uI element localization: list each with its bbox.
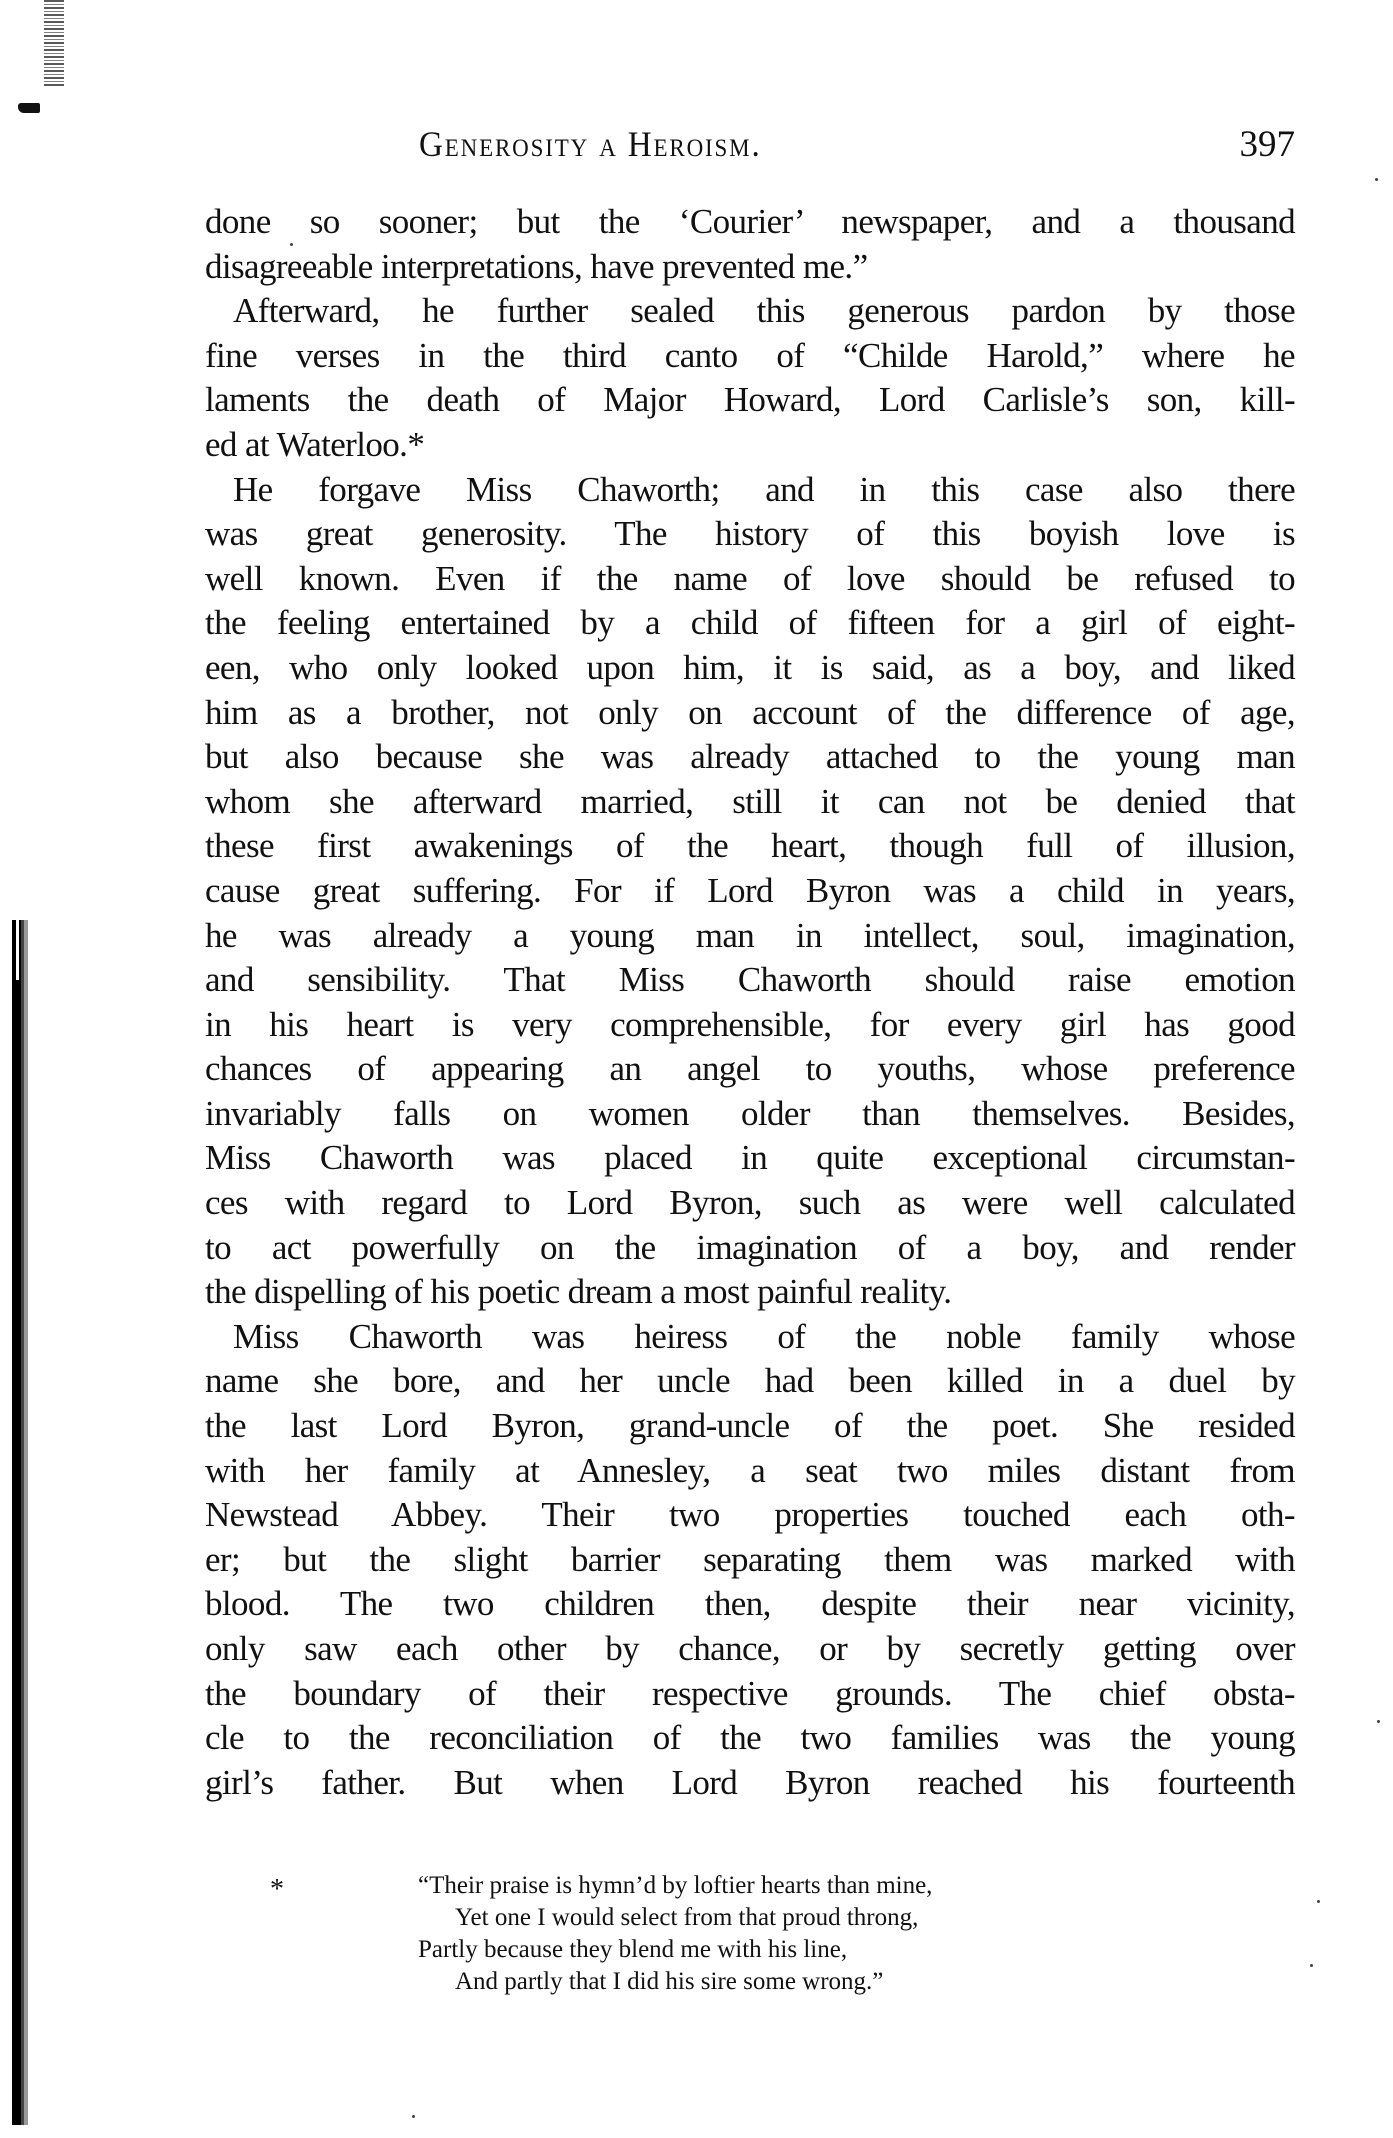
scan-binding-edge-bottom — [12, 920, 28, 2125]
body-line: to act powerfully on the imagination of … — [205, 1226, 1295, 1271]
scan-speck — [1310, 1964, 1313, 1967]
body-line: in his heart is very comprehensible, for… — [205, 1003, 1295, 1048]
body-line: done so sooner; but the ‘Courier’ newspa… — [205, 200, 1295, 245]
body-line: only saw each other by chance, or by sec… — [205, 1627, 1295, 1672]
body-line: the last Lord Byron, grand-uncle of the … — [205, 1404, 1295, 1449]
body-text: done so sooner; but the ‘Courier’ newspa… — [205, 200, 1295, 1805]
scan-speck — [1317, 1900, 1320, 1903]
scan-ink-mark — [18, 103, 40, 113]
body-line: well known. Even if the name of love sho… — [205, 557, 1295, 602]
body-line: Miss Chaworth was heiress of the noble f… — [205, 1315, 1295, 1360]
body-line: blood. The two children then, despite th… — [205, 1582, 1295, 1627]
body-line: he was already a young man in intellect,… — [205, 914, 1295, 959]
body-line: him as a brother, not only on account of… — [205, 691, 1295, 736]
book-page: Generosity a Heroism. 397 done so sooner… — [0, 0, 1393, 2138]
footnote: * “Their praise is hymn’d by loftier hea… — [205, 1870, 1305, 1998]
footnote-verse-line: Partly because they blend me with his li… — [418, 1934, 1393, 1966]
body-line: Afterward, he further sealed this genero… — [205, 289, 1295, 334]
scan-speck — [1375, 178, 1378, 181]
body-line: with her family at Annesley, a seat two … — [205, 1449, 1295, 1494]
scan-speck — [412, 2115, 415, 2118]
running-head: Generosity a Heroism. 397 — [205, 123, 1295, 173]
scan-speck — [1377, 1720, 1380, 1723]
body-line: fine verses in the third canto of “Child… — [205, 334, 1295, 379]
scan-speck — [290, 243, 293, 246]
scan-binding-edge-top — [44, 0, 64, 86]
body-line: name she bore, and her uncle had been ki… — [205, 1359, 1295, 1404]
footnote-verse-line: Yet one I would select from that proud t… — [455, 1902, 1393, 1934]
body-line: ed at Waterloo.* — [205, 423, 1295, 468]
body-line: the dispelling of his poetic dream a mos… — [205, 1270, 1295, 1315]
footnote-verse-line: “Their praise is hymn’d by loftier heart… — [418, 1870, 1393, 1902]
body-line: er; but the slight barrier separating th… — [205, 1538, 1295, 1583]
body-line: girl’s father. But when Lord Byron reach… — [205, 1761, 1295, 1806]
body-line: laments the death of Major Howard, Lord … — [205, 378, 1295, 423]
footnote-marker: * — [270, 1874, 284, 1906]
body-line: these first awakenings of the heart, tho… — [205, 824, 1295, 869]
body-line: cause great suffering. For if Lord Byron… — [205, 869, 1295, 914]
body-line: whom she afterward married, still it can… — [205, 780, 1295, 825]
body-line: cle to the reconciliation of the two fam… — [205, 1716, 1295, 1761]
body-line: was great generosity. The history of thi… — [205, 512, 1295, 557]
body-line: invariably falls on women older than the… — [205, 1092, 1295, 1137]
body-line: Miss Chaworth was placed in quite except… — [205, 1136, 1295, 1181]
body-line: ces with regard to Lord Byron, such as w… — [205, 1181, 1295, 1226]
body-line: the boundary of their respective grounds… — [205, 1672, 1295, 1717]
body-line: and sensibility. That Miss Chaworth shou… — [205, 958, 1295, 1003]
page-number: 397 — [1240, 123, 1296, 166]
footnote-verse-line: And partly that I did his sire some wron… — [455, 1966, 1393, 1998]
body-line: chances of appearing an angel to youths,… — [205, 1047, 1295, 1092]
body-line: een, who only looked upon him, it is sai… — [205, 646, 1295, 691]
body-line: the feeling entertained by a child of fi… — [205, 601, 1295, 646]
body-line: He forgave Miss Chaworth; and in this ca… — [205, 468, 1295, 513]
body-line: but also because she was already attache… — [205, 735, 1295, 780]
body-line: disagreeable interpretations, have preve… — [205, 245, 1295, 290]
running-head-title: Generosity a Heroism. — [419, 123, 762, 165]
body-line: Newstead Abbey. Their two properties tou… — [205, 1493, 1295, 1538]
